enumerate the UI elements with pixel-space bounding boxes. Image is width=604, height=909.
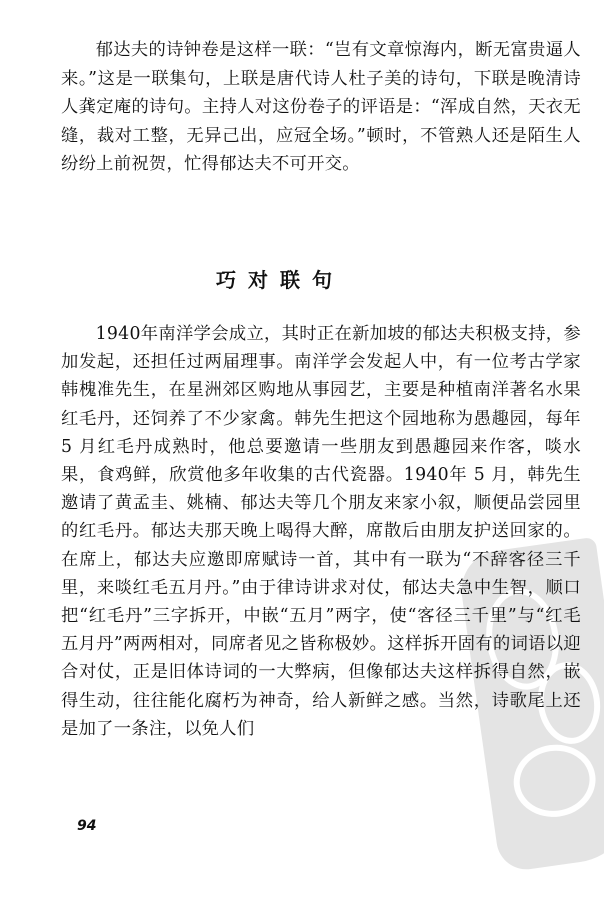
page-number: 94 xyxy=(77,818,96,834)
body-paragraph: 郁达夫的诗钟卷是这样一联：“岂有文章惊海内，断无富贵逼人来。”这是一联集句，上联… xyxy=(61,36,581,179)
body-paragraph: 1940年南洋学会成立，其时正在新加坡的郁达夫积极支持，参加发起，还担任过两届理… xyxy=(61,320,581,743)
book-page: 郁达夫的诗钟卷是这样一联：“岂有文章惊海内，断无富贵逼人来。”这是一联集句，上联… xyxy=(0,0,604,909)
section-heading: 巧对联句 xyxy=(0,264,560,293)
